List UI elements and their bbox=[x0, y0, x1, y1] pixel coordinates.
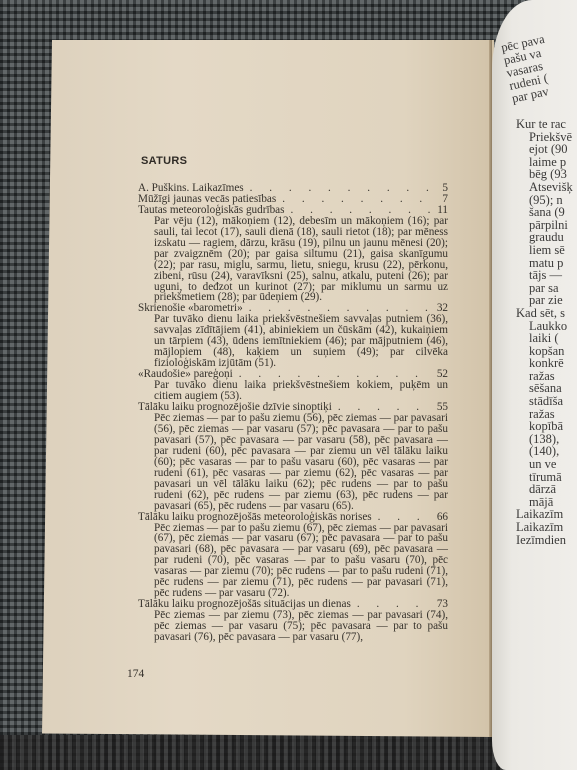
toc-entry: Tālāku laiku prognozējošās situācijas un… bbox=[138, 599, 448, 643]
right-page-text: Kur te racPriekšvēejot (90laime pbēg (93… bbox=[516, 118, 577, 546]
toc-entry-title: Tālāku laiku prognozējošās meteoroloģisk… bbox=[138, 512, 372, 523]
page-number: 174 bbox=[127, 668, 144, 680]
right-page-line: liem sē bbox=[516, 244, 577, 257]
right-page-line: Iezīmdien bbox=[516, 534, 577, 547]
right-page-line: Kur te rac bbox=[516, 118, 577, 131]
right-page-line: Laikazīm bbox=[516, 521, 577, 534]
toc-entries: A. Puškins. Laikazīmes. . . . . . . . . … bbox=[138, 183, 448, 643]
right-page-line: tājs — bbox=[516, 269, 577, 282]
toc-entry-description: Par tuvāko dienu laika priekšvēstnešiem … bbox=[138, 314, 448, 369]
toc-entry-description: Par vēju (12), mākoņiem (12), debesīm un… bbox=[138, 216, 448, 304]
toc-entry-page: 66 bbox=[433, 512, 448, 523]
toc-entry: Skrienošie «barometri». . . . . . . . . … bbox=[138, 303, 448, 369]
right-page-line: konkrē bbox=[516, 357, 577, 370]
table-surface-shadow bbox=[0, 735, 577, 770]
toc-entry: Tālāku laiku prognozējošās meteoroloģisk… bbox=[138, 512, 448, 600]
right-page-line: Atsevišķ bbox=[516, 181, 577, 194]
right-page-line: laiki ( bbox=[516, 332, 577, 345]
toc-entry: «Raudošie» pareģoņi. . . . . . . . . . .… bbox=[138, 369, 448, 402]
toc-entry-description: Pēc ziemas — par ziemu (73), pēc ziemas … bbox=[138, 610, 448, 643]
right-page-line: Kad sēt, s bbox=[516, 307, 577, 320]
toc-entry: Tautas meteoroloģiskās gudrības. . . . .… bbox=[138, 205, 448, 304]
right-page: pēc pavapašu vavasarasrudeni (par pav Ku… bbox=[492, 0, 577, 770]
right-page-line: un ve bbox=[516, 458, 577, 471]
table-of-contents: SATURS A. Puškins. Laikazīmes. . . . . .… bbox=[138, 156, 448, 643]
leader-dots: . . . . . . . . . . . . . . . . . . . . … bbox=[372, 512, 433, 523]
right-page-line: dārzā bbox=[516, 483, 577, 496]
toc-entry-title-row: Tālāku laiku prognozējošās meteoroloģisk… bbox=[138, 512, 448, 523]
right-page-curved-text: pēc pavapašu vavasarasrudeni (par pav bbox=[500, 17, 577, 106]
leader-dots: . . . . . . . . . . . . . . . . . . . . … bbox=[276, 194, 438, 205]
toc-entry-description: Par tuvāko dienu laika priekšvēstnešiem … bbox=[138, 380, 448, 402]
right-page-line: šana (9 bbox=[516, 206, 577, 219]
toc-entry-description: Pēc ziemas — par to pašu ziemu (67), pēc… bbox=[138, 523, 448, 600]
toc-entry: Tālāku laiku prognozējošie dzīvie sinopt… bbox=[138, 402, 448, 512]
right-page-line: ejot (90 bbox=[516, 143, 577, 156]
toc-heading: SATURS bbox=[141, 156, 448, 167]
right-page-line: stādīša bbox=[516, 395, 577, 408]
right-page-line: kopībā bbox=[516, 420, 577, 433]
toc-entry-description: Pēc ziemas — par to pašu ziemu (56), pēc… bbox=[138, 413, 448, 512]
